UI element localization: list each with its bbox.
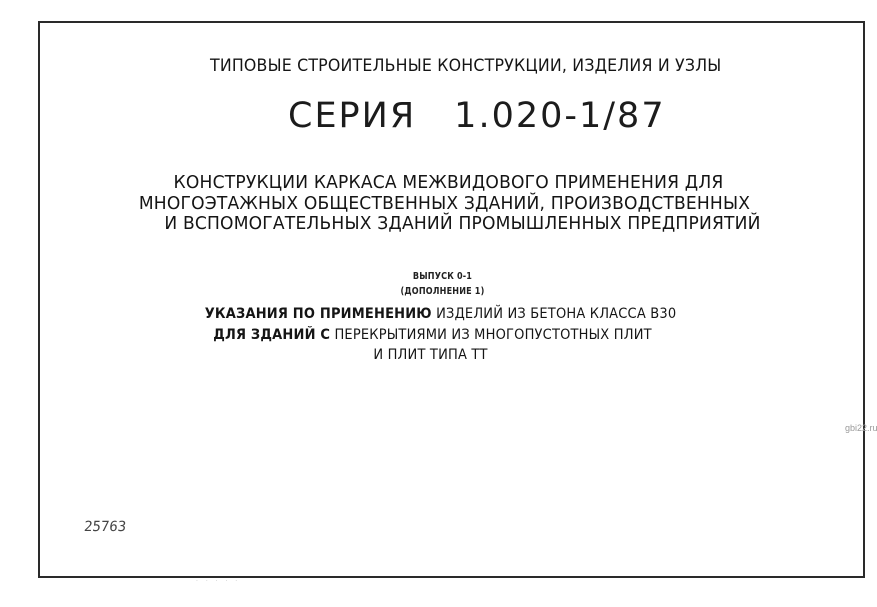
- subtitle-line-1: Указания по применению изделий из бетона…: [33, 306, 849, 322]
- series-title: Типовые строительные конструкции, издели…: [210, 56, 721, 76]
- subtitle-line-2-rest: перекрытиями из многопустотных плит: [330, 327, 652, 343]
- watermark: gbi22.ru: [845, 423, 877, 433]
- series-heading: Серия1.020-1/87: [288, 96, 666, 136]
- series-number: 1.020-1/87: [454, 96, 665, 136]
- main-title-line-1: Конструкции каркаса межвидового применен…: [32, 172, 865, 193]
- scan-artifacts: · · · · ·: [196, 578, 240, 585]
- subtitle-line-2: для зданий с перекрытиями из многопустот…: [25, 327, 841, 343]
- inventory-number: 25763: [83, 519, 127, 535]
- subtitle-line-1-rest: изделий из бетона класса В30: [432, 306, 677, 322]
- subtitle-line-2-bold: для зданий с: [213, 327, 330, 343]
- main-title-line-3: и вспомогательных зданий промышленных пр…: [46, 213, 877, 234]
- subtitle-line-3: и плит типа ТТ: [23, 347, 839, 363]
- issue-number: Выпуск 0-1: [70, 271, 815, 282]
- subtitle-line-1-bold: Указания по применению: [205, 306, 432, 322]
- issue-supplement: (Дополнение 1): [70, 286, 815, 297]
- main-title-line-2: многоэтажных общественных зданий, произв…: [28, 193, 861, 214]
- series-label: Серия: [288, 96, 416, 136]
